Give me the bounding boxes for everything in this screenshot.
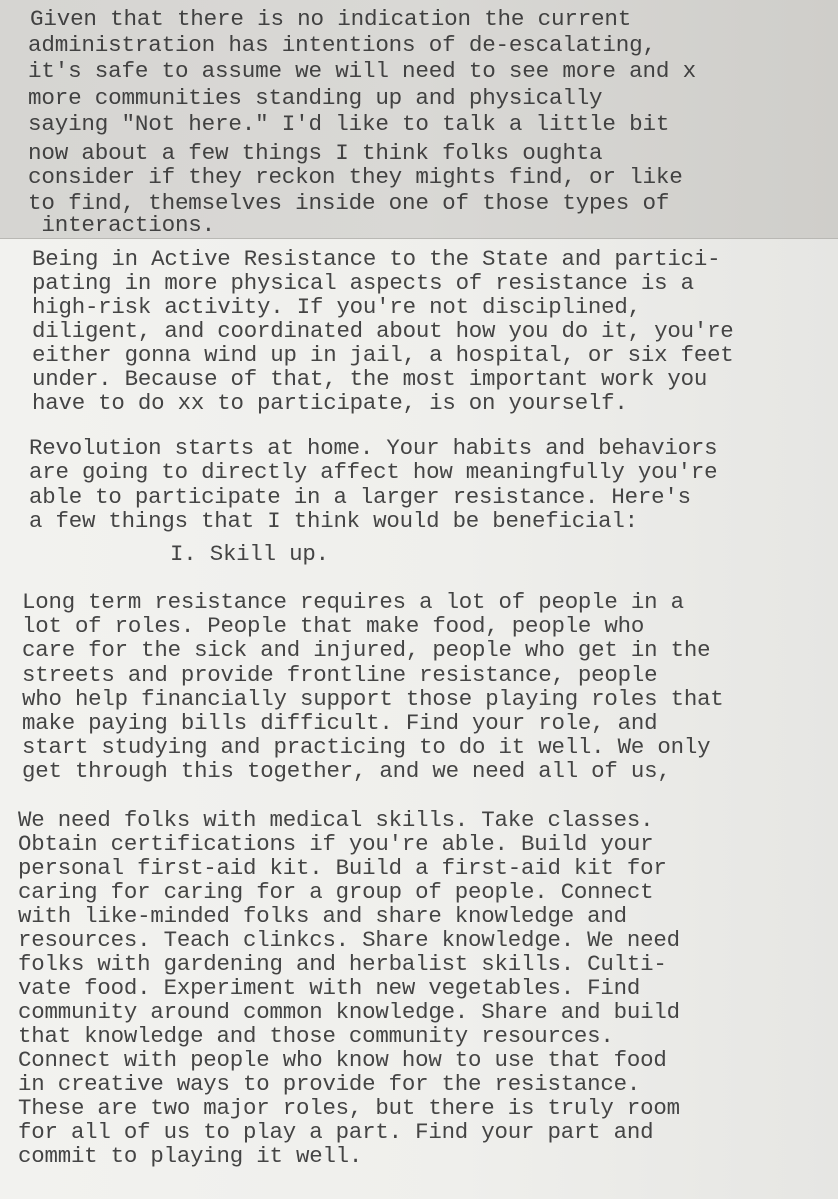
text-line: consider if they reckon they mights find… — [28, 166, 683, 189]
text-line: have to do xx to participate, is on your… — [32, 392, 628, 414]
text-line: We need folks with medical skills. Take … — [18, 809, 653, 831]
text-line: with like-minded folks and share knowled… — [18, 905, 627, 927]
text-line: Being in Active Resistance to the State … — [32, 248, 720, 270]
section-heading: I. Skill up. — [170, 543, 329, 565]
text-line: able to participate in a larger resistan… — [29, 486, 691, 508]
text-line: Given that there is no indication the cu… — [30, 8, 631, 31]
text-line: commit to playing it well. — [18, 1145, 362, 1167]
text-line: more communities standing up and physica… — [28, 87, 602, 110]
text-line: administration has intentions of de-esca… — [28, 34, 656, 57]
text-line: lot of roles. People that make food, peo… — [22, 615, 644, 637]
text-line: Connect with people who know how to use … — [18, 1049, 667, 1071]
text-line: either gonna wind up in jail, a hospital… — [32, 344, 734, 366]
text-line: diligent, and coordinated about how you … — [32, 320, 734, 342]
text-line: caring for caring for a group of people.… — [18, 881, 653, 903]
text-line: now about a few things I think folks oug… — [28, 142, 602, 165]
text-line: community around common knowledge. Share… — [18, 1001, 680, 1023]
text-line: make paying bills difficult. Find your r… — [22, 712, 657, 734]
text-line: saying "Not here." I'd like to talk a li… — [28, 113, 669, 136]
main-page: Being in Active Resistance to the State … — [0, 239, 838, 1199]
text-line: streets and provide frontline resistance… — [22, 664, 657, 686]
text-line: folks with gardening and herbalist skill… — [18, 953, 667, 975]
text-line: personal first-aid kit. Build a first-ai… — [18, 857, 667, 879]
text-line: These are two major roles, but there is … — [18, 1097, 680, 1119]
text-line: care for the sick and injured, people wh… — [22, 639, 710, 661]
text-line: get through this together, and we need a… — [22, 760, 671, 782]
text-line: who help financially support those playi… — [22, 688, 724, 710]
text-line: a few things that I think would be benef… — [29, 510, 638, 532]
text-line: pating in more physical aspects of resis… — [32, 272, 694, 294]
top-page-fragment: Given that there is no indication the cu… — [0, 0, 838, 239]
text-line: under. Because of that, the most importa… — [32, 368, 707, 390]
text-line: interactions. — [28, 214, 215, 237]
text-line: start studying and practicing to do it w… — [22, 736, 710, 758]
text-line: are going to directly affect how meaning… — [29, 461, 717, 483]
text-line: that knowledge and those community resou… — [18, 1025, 614, 1047]
text-line: resources. Teach clinkcs. Share knowledg… — [18, 929, 680, 951]
text-line: for all of us to play a part. Find your … — [18, 1121, 653, 1143]
text-line: vate food. Experiment with new vegetable… — [18, 977, 640, 999]
text-line: in creative ways to provide for the resi… — [18, 1073, 640, 1095]
text-line: high-risk activity. If you're not discip… — [32, 296, 641, 318]
text-line: Revolution starts at home. Your habits a… — [29, 437, 717, 459]
text-line: it's safe to assume we will need to see … — [28, 60, 696, 83]
text-line: Obtain certifications if you're able. Bu… — [18, 833, 653, 855]
text-line: Long term resistance requires a lot of p… — [22, 591, 684, 613]
